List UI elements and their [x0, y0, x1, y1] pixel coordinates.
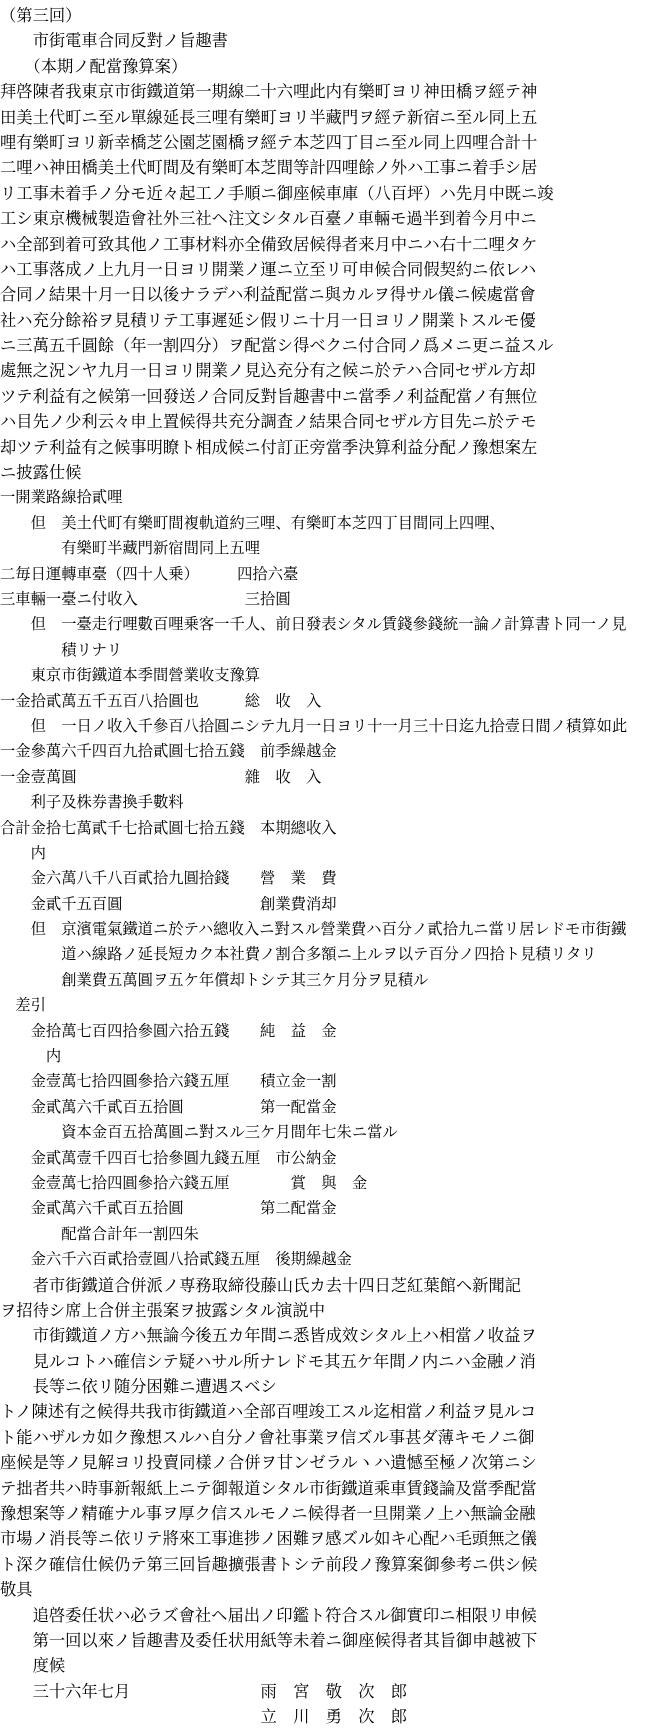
text-line: 但 一臺走行哩數百哩乗客一千人、前日發表シタル賃錢參錢統一論ノ計算書ト同一ノ見: [0, 612, 645, 637]
text-line: （第三回）: [0, 3, 645, 28]
text-line: 一金拾貳萬五千五百八拾圓也 総 收 入: [0, 689, 645, 714]
text-line: 金貳萬壹千四百七拾參圓九錢五厘 市公納金: [0, 1146, 645, 1171]
text-line: 拜啓陳者我東京市街鐵道第一期線二十六哩此内有樂町ヨリ神田橋ヲ經テ神: [0, 79, 645, 104]
text-line: 金六千六百貳拾壹圓八拾貳錢五厘 後期繰越金: [0, 1247, 645, 1272]
document-body: （第三回） 市街電車合同反對ノ旨趣書 （本期ノ配當豫算案）拜啓陳者我東京市街鐵道…: [0, 3, 645, 1730]
text-line: 三車輛一臺ニ付收入 三拾圓: [0, 587, 645, 612]
text-line: 但 美土代町有樂町間複軌道約三哩、有樂町本芝四丁目間同上四哩、: [0, 511, 645, 536]
text-line: 配當合計年一割四朱: [0, 1222, 645, 1247]
text-line: 哩有樂町ヨリ新幸橋芝公園芝園橋ヲ經テ本芝四丁目ニ至ル同上四哩合計十: [0, 130, 645, 155]
document-page: （第三回） 市街電車合同反對ノ旨趣書 （本期ノ配當豫算案）拜啓陳者我東京市街鐵道…: [0, 0, 645, 1730]
text-line: 工シ東京機械製造會社外三社ヘ注文シタル百臺ノ車輛モ過半到着今月中ニ: [0, 206, 645, 231]
text-line: 市街鐵道ノ方ハ無論今後五カ年間ニ悉皆成效シタル上ハ相當ノ收益ヲ: [0, 1323, 645, 1348]
text-line: テ拙者共ハ時事新報紙上ニテ御報道シタル市街鐵道乘車賃錢論及當季配當: [0, 1476, 645, 1501]
text-line: ト能ハザルカ如ク豫想スルハ自分ノ會社事業ヲ信ズル事甚ダ薄キモノニ御: [0, 1425, 645, 1450]
text-line: 金壹萬七拾四圓參拾六錢五厘 積立金一割: [0, 1069, 645, 1094]
text-line: ハ全部到着可致其他ノ工事材料亦全備致居候得者来月中ニハ右十二哩タケ: [0, 232, 645, 257]
text-line: 追啓委任状ハ必ラズ會社ヘ届出ノ印鑑ト符合スル御實印ニ相限リ申候: [0, 1603, 645, 1628]
text-line: 有樂町半藏門新宿間同上五哩: [0, 536, 645, 561]
text-line: 豫想案等ノ精確ナル事ヲ厚ク信スルモノニ候得者一旦開業ノ上ハ無論金融: [0, 1501, 645, 1526]
text-line: 積リナリ: [0, 638, 645, 663]
text-line: 金六萬八千八百貳拾九圓拾錢 營 業 費: [0, 866, 645, 891]
text-line: 第一回以來ノ旨趣書及委任状用紙等未着ニ御座候得者其旨御申越被下: [0, 1628, 645, 1653]
text-line: 長等ニ依リ随分困難ニ遭遇スベシ: [0, 1374, 645, 1399]
text-line: ハ工事落成ノ上九月一日ヨリ開業ノ運ニ立至リ可申候合同假契約ニ依レハ: [0, 257, 645, 282]
text-line: 却ツテ利益有之候事明瞭ト相成候ニ付訂正旁當季決算利益分配ノ豫想案左: [0, 435, 645, 460]
text-line: 社ハ充分餘裕ヲ見積リテ工事遲延シ假リニ十月一日ヨリノ開業トスルモ優: [0, 308, 645, 333]
text-line: 内: [0, 841, 645, 866]
text-line: ト深ク確信仕候仍テ第三回旨趣擴張書トシテ前段ノ豫算案御參考ニ供シ候: [0, 1552, 645, 1577]
text-line: 但 一日ノ收入千參百八拾圓ニシテ九月一日ヨリ十一月三十日迄九拾壹日間ノ積算如此: [0, 714, 645, 739]
text-line: 者市街鐵道合併派ノ専務取締役藤山氏カ去十四日芝紅葉館ヘ新聞記: [0, 1273, 645, 1298]
text-line: 資本金百五拾萬圓ニ對スル三ケ月間年七朱ニ當ル: [0, 1120, 645, 1145]
text-line: 金貳萬六千貳百五拾圓 第二配當金: [0, 1196, 645, 1221]
text-line: リ工事未着手ノ分モ近々起工ノ手順ニ御座候車庫（八百坪）ハ先月中既ニ竣: [0, 181, 645, 206]
text-line: 金貳千五百圓 創業費消却: [0, 892, 645, 917]
text-line: 敬具: [0, 1577, 645, 1602]
text-line: 合計金拾七萬貳千七拾貳圓七拾五錢 本期總收入: [0, 816, 645, 841]
text-line: 差引: [0, 993, 645, 1018]
text-line: 但 京濱電氣鐵道ニ於テハ總收入ニ對スル營業費ハ百分ノ貳拾九ニ當リ居レドモ市街鐵: [0, 917, 645, 942]
text-line: 金拾萬七百四拾參圓六拾五錢 純 益 金: [0, 1019, 645, 1044]
text-line: 道ハ線路ノ延長短カク本社費ノ割合多額ニ上ルヲ以テ百分ノ四拾ト見積リタリ: [0, 942, 645, 967]
text-line: 二哩ハ神田橋美土代町間及有樂町本芝間等計四哩餘ノ外ハ工事ニ着手シ居: [0, 155, 645, 180]
text-line: （本期ノ配當豫算案）: [0, 54, 645, 79]
text-line: 田美土代町ニ至ル單線延長三哩有樂町ヨリ半藏門ヲ經テ新宿ニ至ル同上五: [0, 105, 645, 130]
text-line: 市場ノ消長等ニ依リテ將來工事進捗ノ困難ヲ感ズル如キ心配ハ毛頭無之儀: [0, 1526, 645, 1551]
text-line: 度候: [0, 1653, 645, 1678]
text-line: ニ披露仕候: [0, 460, 645, 485]
text-line: 座候是等ノ見解ヨリ投賣同樣ノ合併ヲ甘ンゼラルヽハ遺憾至極ノ次第ニシ: [0, 1450, 645, 1475]
text-line: ヲ招待シ席上合併主張案ヲ披露シタル演説中: [0, 1298, 645, 1323]
text-line: 市街電車合同反對ノ旨趣書: [0, 28, 645, 53]
text-line: ツテ利益有之候第一回發送ノ合同反對旨趣書中ニ當季ノ利益配當ノ有無位: [0, 384, 645, 409]
text-line: 一開業路線拾貳哩: [0, 485, 645, 510]
text-line: 金貳萬六千貳百五拾圓 第一配當金: [0, 1095, 645, 1120]
text-line: 東京市街鐵道本季間營業收支豫算: [0, 663, 645, 688]
text-line: 合同ノ結果十月一日以後ナラデハ利益配當ニ與カルヲ得サル儀ニ候處當會: [0, 282, 645, 307]
text-line: 利子及株券書換手數料: [0, 790, 645, 815]
text-line: 創業費五萬圓ヲ五ケ年償却トシテ其三ケ月分ヲ見積ル: [0, 968, 645, 993]
text-line: 内: [0, 1044, 645, 1069]
text-line: 金壹萬七拾四圓參拾六錢五厘 賞 與 金: [0, 1171, 645, 1196]
text-line: トノ陳述有之候得共我市街鐵道ハ全部百哩竣工スル迄相當ノ利益ヲ見ルコ: [0, 1399, 645, 1424]
text-line: 三十六年七月 雨 宮 敬 次 郎: [0, 1679, 645, 1704]
text-line: 二毎日運轉車臺（四十人乗） 四拾六臺: [0, 562, 645, 587]
text-line: ニ三萬五千圓餘（年一割四分）ヲ配當シ得ベクニ付合同ノ爲メニ更ニ益スル: [0, 333, 645, 358]
text-line: 一金壹萬圓 雜 收 入: [0, 765, 645, 790]
text-line: 一金參萬六千四百九拾貳圓七拾五錢 前季繰越金: [0, 739, 645, 764]
text-line: ハ目先ノ少利云々申上置候得共充分調査ノ結果合同セザル方目先ニ於テモ: [0, 409, 645, 434]
text-line: 立 川 勇 次 郎: [0, 1704, 645, 1729]
text-line: 處無之況ンヤ九月一日ヨリ開業ノ見込充分有之候ニ於テハ合同セザル方却: [0, 358, 645, 383]
text-line: 見ルコトハ確信シテ疑ハサル所ナレドモ其五ケ年間ノ内ニハ金融ノ消: [0, 1349, 645, 1374]
